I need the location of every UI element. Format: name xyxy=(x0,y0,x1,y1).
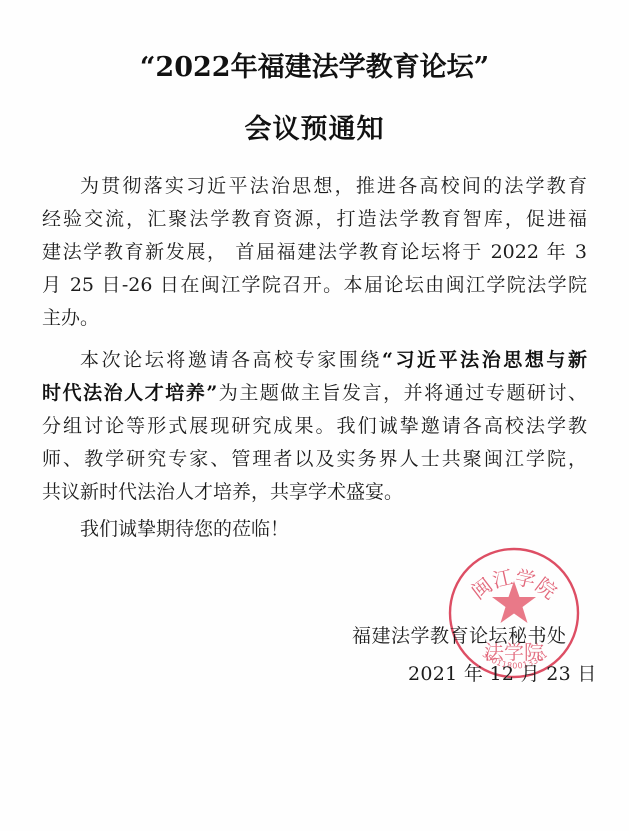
paragraph-text: 为主题做主旨发言，并将通过专题研讨、 xyxy=(217,382,587,404)
paragraph-line: 月 25 日-26 日在闽江学院召开。本届论坛由闽江学院法学院 xyxy=(42,272,587,298)
document-title: “2022年福建法学教育论坛” xyxy=(0,50,629,86)
document-subtitle: 会议预通知 xyxy=(0,112,629,148)
paragraph-line: 主办。 xyxy=(42,305,587,331)
signature-organization: 福建法学教育论坛秘书处 xyxy=(352,623,567,649)
signature-date: 2021 年 12 月 23 日 xyxy=(408,661,597,687)
closing-line: 我们诚挚期待您的莅临！ xyxy=(42,516,587,542)
paragraph-line: 本次论坛将邀请各高校专家围绕“习近平法治思想与新 xyxy=(42,347,587,373)
paragraph-line: 师、教学研究专家、管理者以及实务界人士共聚闽江学院， xyxy=(42,446,587,472)
paragraph-line: 分组讨论等形式展现研究成果。我们诚挚邀请各高校法学教 xyxy=(42,413,587,439)
theme-text-bold: 时代法治人才培养” xyxy=(42,382,217,404)
paragraph-line: 经验交流，汇聚法学教育资源，打造法学教育智库，促进福 xyxy=(42,206,587,232)
paragraph-line: 共议新时代法治人才培养，共享学术盛宴。 xyxy=(42,479,587,505)
paragraph-text: 本次论坛将邀请各高校专家围绕 xyxy=(80,349,382,371)
theme-text-bold: “习近平法治思想与新 xyxy=(382,349,587,371)
paragraph-line: 时代法治人才培养”为主题做主旨发言，并将通过专题研讨、 xyxy=(42,380,587,406)
paragraph-line: 建法学教育新发展， 首届福建法学教育论坛将于 2022 年 3 xyxy=(42,239,587,265)
document-page: “2022年福建法学教育论坛” 会议预通知 为贯彻落实习近平法治思想，推进各高校… xyxy=(0,0,629,831)
paragraph-line: 为贯彻落实习近平法治思想，推进各高校间的法学教育 xyxy=(42,173,587,199)
